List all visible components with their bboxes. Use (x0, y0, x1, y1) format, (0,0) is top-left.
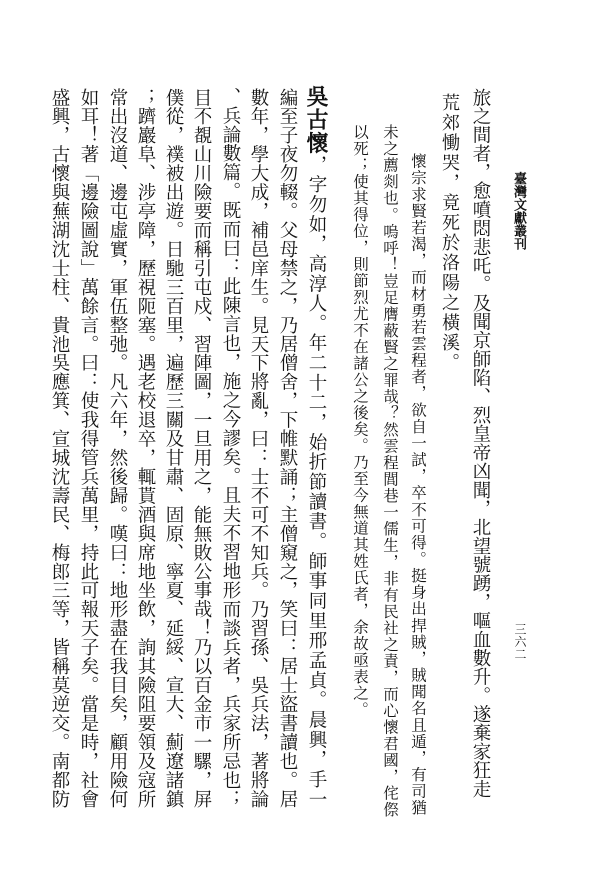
entry-first-column: 吳古懷，字勿如，高淳人。年二十二，始折節讀書。師事同里邢孟貞。晨興，手一 (305, 85, 327, 808)
entry-first-column-text: ，字勿如，高淳人。年二十二，始折節讀書。師事同里邢孟貞。晨興，手一 (306, 155, 327, 808)
commentary-column: 以死；使其得位，則節烈尤不在諸公之後矣。乃至今無道其姓氏者，余故亟表之。 (350, 124, 370, 718)
entry-name: 吳古懷 (303, 85, 329, 155)
text-column: 編至子夜勿輟。父母禁之，乃居僧舍，下帷默誦；主僧窺之，笑曰：居士盜書讀也。居 (276, 88, 298, 808)
text-column: 常出沒道、邊屯虛實，軍伍整弛。凡六年，然後歸。嘆曰：地形盡在我目矣，顧用險何 (106, 88, 128, 808)
book-page: 臺灣文獻叢刊 三六二 旅之間者，愈噴悶悲吒。及聞京師陷、烈皇帝凶聞，北望號踴，嘔… (0, 0, 600, 881)
page-number: 三六二 (512, 623, 528, 661)
text-column: 目不覩山川險要而稱引屯戍、習陣圖，一旦用之，能無敗公事哉！乃以百金市一騾，屏 (190, 88, 212, 808)
text-column: 僕從，襆被出遊。日馳三百里，遍歷三關及甘肅、固原、寧夏、延綏、宣大、薊遼諸鎮 (162, 88, 184, 808)
series-title: 臺灣文獻叢刊 (510, 172, 526, 250)
text-column: 如耳！著「邊險圖說」萬餘言。曰：使我得管兵萬里，持此可報天子矣。當是時，社會 (77, 88, 99, 808)
text-column: 、兵論數篇。既而曰：此陳言也，施之今謬矣。且夫不習地形而談兵者，兵家所忌也； (219, 87, 241, 808)
text-column: 數年，學大成，補邑庠生。見天下將亂，曰：士不可不知兵。乃習孫、吳兵法，著將論 (247, 88, 269, 808)
text-column: 荒郊慟哭，竟死於洛陽之橫溪。 (438, 93, 460, 373)
text-column: 盛興，古懷與蕪湖沈士柱、貴池吳應箕、宣城沈壽民、梅郎三等，皆稱莫逆交。南都防 (48, 88, 70, 808)
text-column: 旅之間者，愈噴悶悲吒。及聞京師陷、烈皇帝凶聞，北望號踴，嘔血數升。遂棄家狂走 (469, 88, 491, 798)
commentary-column: 懷宗求賢若渴，而材勇若雲程者，欲自一試，卒不可得。挺身出捍賊，賊聞名且遁，有司猶 (408, 153, 428, 815)
text-column: ；躋巖阜、涉亭障，歷視阨塞。遇老校退卒，輒貰酒與席地坐飲，詢其險阻要領及寇所 (134, 88, 156, 808)
commentary-column: 未之薦剡也。嗚呼！豈足膺蔽賢之罪哉？然雲程閭巷一儒生，非有民社之責，而心懷君國，… (380, 124, 400, 817)
